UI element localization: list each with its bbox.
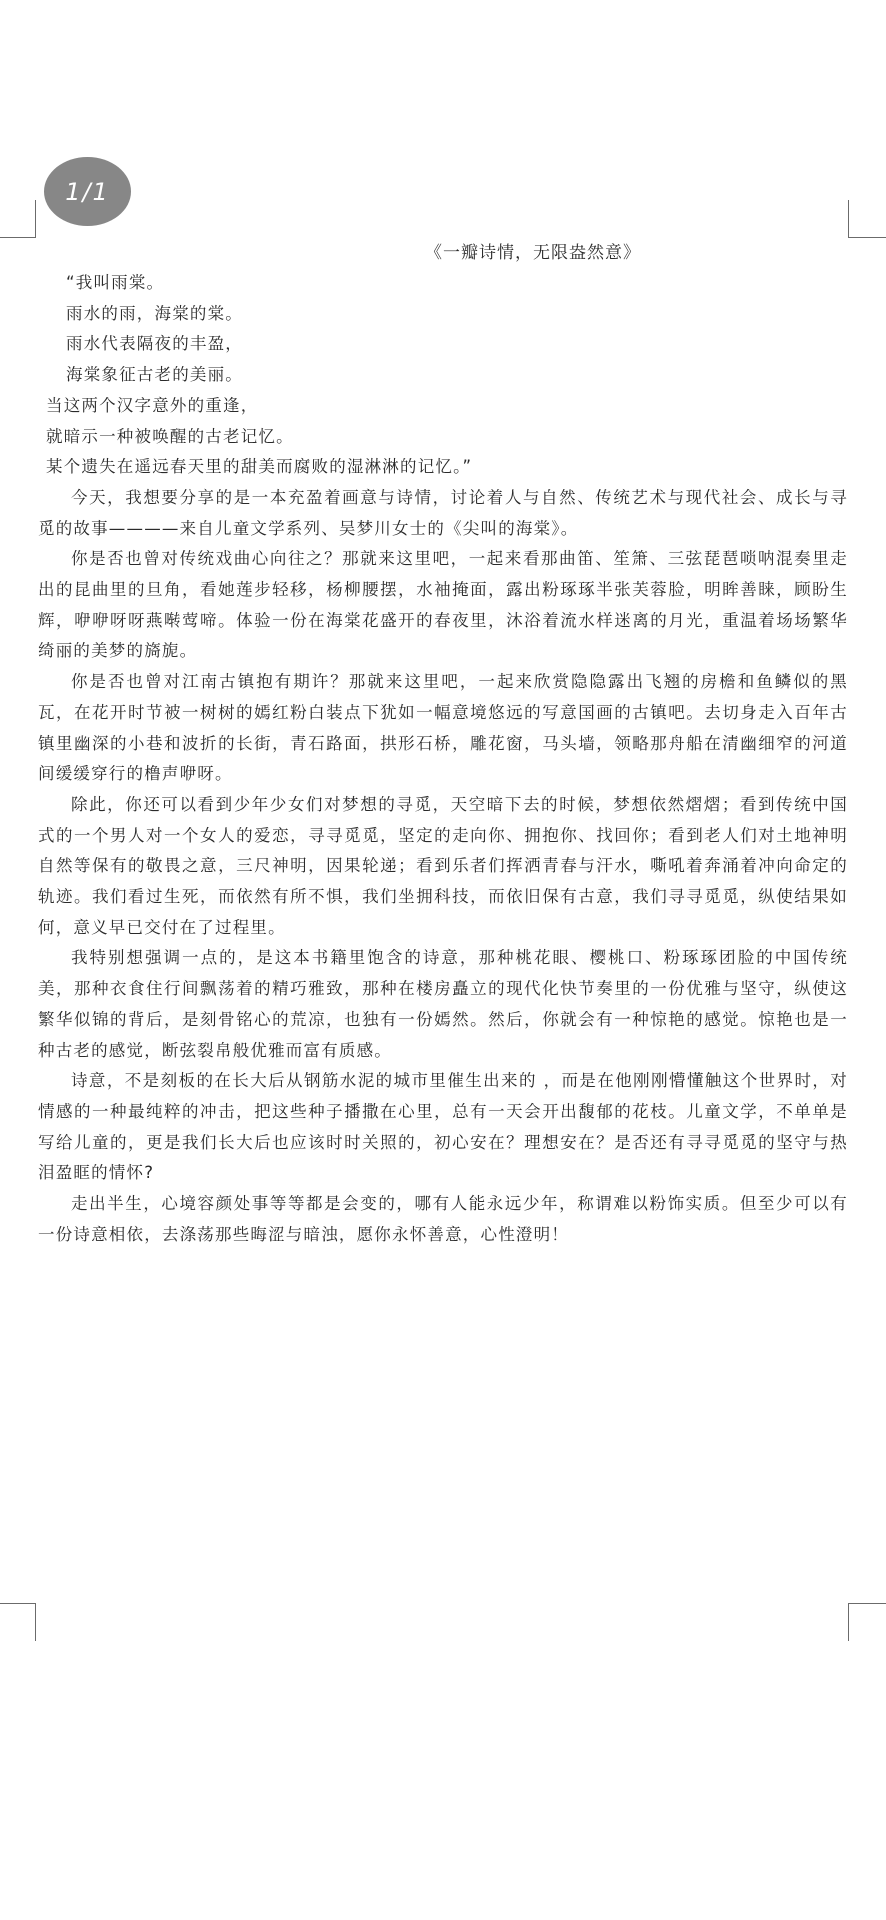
- paragraph: 除此，你还可以看到少年少女们对梦想的寻觅，天空暗下去的时候，梦想依然熠熠；看到传…: [38, 790, 848, 944]
- paragraph: 你是否也曾对传统戏曲心向往之？那就来这里吧，一起来看那曲笛、笙箫、三弦琵琶唢呐混…: [38, 544, 848, 667]
- verse-line: 就暗示一种被唤醒的古老记忆。: [38, 422, 848, 453]
- document-title: 《一瓣诗情，无限盎然意》: [425, 238, 641, 263]
- paragraph: 你是否也曾对江南古镇抱有期许？那就来这里吧，一起来欣赏隐隐露出飞翘的房檐和鱼鳞似…: [38, 667, 848, 790]
- paragraph: 走出半生，心境容颜处事等等都是会变的，哪有人能永远少年，称谓难以粉饰实质。但至少…: [38, 1189, 848, 1250]
- page-indicator-label: 1/1: [65, 178, 110, 206]
- crop-mark-top-left: [0, 200, 36, 238]
- paragraph: 我特别想强调一点的，是这本书籍里饱含的诗意，那种桃花眼、樱桃口、粉琢琢团脸的中国…: [38, 943, 848, 1066]
- paragraph: 今天，我想要分享的是一本充盈着画意与诗情，讨论着人与自然、传统艺术与现代社会、成…: [38, 483, 848, 544]
- verse-line: 雨水代表隔夜的丰盈，: [38, 329, 848, 360]
- verse-line: 当这两个汉字意外的重逢，: [38, 391, 848, 422]
- verse-line: 海棠象征古老的美丽。: [38, 360, 848, 391]
- paragraph: 诗意，不是刻板的在长大后从钢筋水泥的城市里催生出来的 ，而是在他刚刚懵懂触这个世…: [38, 1066, 848, 1189]
- crop-mark-top-right: [848, 200, 886, 238]
- crop-mark-bottom-right: [848, 1603, 886, 1641]
- verse-line: 某个遗失在遥远春天里的甜美而腐败的湿淋淋的记忆。”: [38, 452, 848, 483]
- verse-line: 雨水的雨，海棠的棠。: [38, 299, 848, 330]
- document-body: “我叫雨棠。 雨水的雨，海棠的棠。 雨水代表隔夜的丰盈， 海棠象征古老的美丽。 …: [38, 268, 848, 1251]
- crop-mark-bottom-left: [0, 1603, 36, 1641]
- page-indicator-badge: 1/1: [44, 157, 131, 226]
- verse-line: “我叫雨棠。: [38, 268, 848, 299]
